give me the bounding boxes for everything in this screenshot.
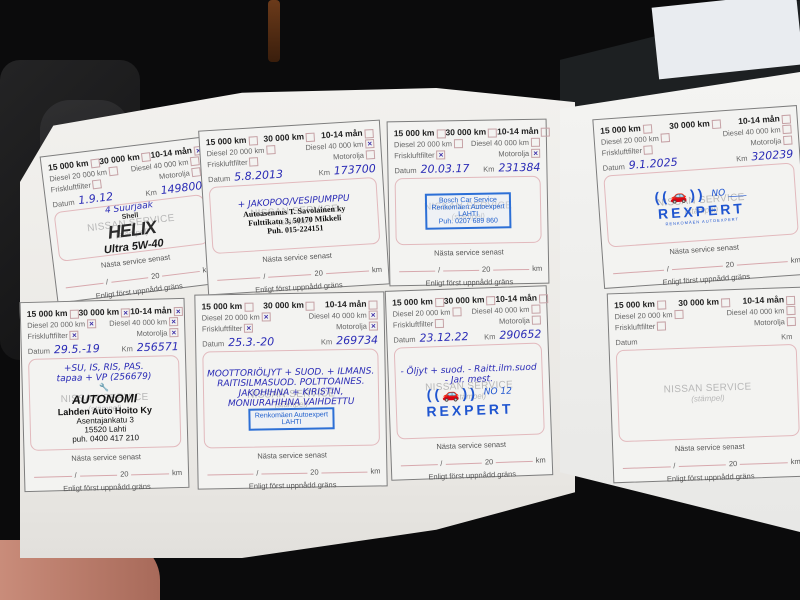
year-prefix: 20 — [314, 268, 323, 277]
date-blank-month[interactable] — [268, 273, 311, 278]
checkbox-air-filter[interactable] — [249, 157, 259, 167]
date-blank-month[interactable] — [443, 268, 479, 271]
date-value[interactable]: 5.8.2013 — [234, 169, 284, 183]
next-service-label: Nästa service senast — [619, 440, 800, 455]
label-10-14-months: 10-14 mån — [325, 299, 378, 310]
rexpert-logo: REXPERT — [426, 400, 514, 419]
label-diesel-40000: Diesel 40 000 km× — [109, 317, 178, 328]
service-record-card: 15 000 km30 000 km10-14 månDiesel 20 000… — [592, 105, 800, 289]
next-service-label: Nästa service senast — [396, 247, 542, 259]
date-blank-day[interactable] — [399, 269, 435, 272]
km-label: Km — [736, 154, 748, 164]
checkbox-diesel-20000[interactable] — [660, 133, 670, 143]
label-30000-km: 30 000 km — [263, 300, 315, 311]
stamp-overlay: MOOTTORIÖLJYT + SUOD. + ILMANS.RAITISILM… — [203, 349, 379, 447]
slash: / — [263, 272, 266, 281]
workshop-stamp: Renkomäen AutoexpertLAHTI — [249, 407, 335, 430]
year-prefix: 20 — [485, 457, 494, 466]
date-blank-day[interactable] — [623, 465, 671, 469]
checkbox-15000-km[interactable] — [435, 297, 444, 306]
checkbox-10-14-months[interactable]: × — [174, 307, 183, 316]
km-value[interactable]: 231384 — [498, 162, 540, 174]
checkbox-air-filter[interactable]: × — [244, 324, 253, 333]
km-label: Km — [145, 188, 157, 198]
slash: / — [673, 461, 675, 470]
date-label: Datum — [202, 339, 224, 348]
service-record-card: 15 000 km30 000 km×10-14 mån×Diesel 20 0… — [20, 298, 190, 492]
label-air-filter: Friskluftfilter — [393, 319, 445, 330]
date-blank-day[interactable] — [207, 472, 253, 475]
stamp-number: NO 12 — [484, 387, 512, 398]
km-blank[interactable] — [162, 269, 199, 276]
checkbox-diesel-40000[interactable] — [190, 156, 200, 166]
label-engine-oil: Motorolja — [754, 317, 796, 328]
km-value[interactable]: 256571 — [137, 341, 179, 353]
stamp-overlay: - Öljyt + suod. - Raitt.ilm.suod- Jar. m… — [395, 343, 544, 438]
stamp-area: NISSAN SERVICE(stämpel)((🚗))NO ____REXPE… — [603, 162, 799, 247]
date-blank-day[interactable] — [613, 268, 664, 274]
date-label: Datum — [208, 174, 231, 184]
workshop-stamp-line: Renkomäen Autoexpert — [431, 203, 504, 211]
date-label: Datum — [393, 335, 415, 345]
km-unit: km — [372, 265, 383, 275]
slash: / — [666, 264, 669, 273]
label-15000-km: 15 000 km — [614, 299, 666, 311]
stamp-area: NISSAN SERVICE(stämpel) — [616, 344, 800, 442]
date-blank-day[interactable] — [66, 281, 103, 288]
date-blank-month[interactable] — [261, 471, 307, 474]
label-diesel-20000: Diesel 20 000 km — [394, 139, 463, 150]
checkbox-10-14-months[interactable] — [541, 127, 550, 136]
label-30000-km: 30 000 km — [678, 297, 730, 309]
date-blank-month[interactable] — [445, 461, 482, 464]
year-prefix: 20 — [725, 260, 734, 270]
service-record-card: 15 000 km30 000 km10-14 månDiesel 20 000… — [194, 291, 387, 489]
km-value[interactable]: 269734 — [336, 334, 378, 346]
label-10-14-months: 10-14 mån — [497, 126, 550, 137]
checkbox-engine-oil[interactable] — [787, 317, 796, 326]
stamp-number: NO ____ — [711, 186, 746, 198]
km-value[interactable]: 290652 — [499, 328, 541, 340]
next-service-date-line: /20km — [204, 466, 380, 478]
service-record-card: 15 000 km30 000 km10-14 mån×Diesel 20 00… — [40, 136, 222, 303]
stamp-area: NISSAN SERVICE(stämpel)+ JAKOPOQ/VESIPUM… — [209, 177, 381, 254]
label-15000-km: 15 000 km — [394, 128, 446, 139]
spacer — [278, 347, 317, 348]
checkbox-air-filter[interactable] — [435, 319, 444, 328]
stamp-overlay: + JAKOPOQ/VESIPUMPPUAutoasennus T. Savol… — [210, 178, 380, 253]
checkbox-diesel-20000[interactable]: × — [262, 313, 271, 322]
label-30000-km: 30 000 km× — [78, 307, 130, 319]
km-unit: km — [370, 466, 380, 475]
next-service-date-line: /20km — [398, 455, 546, 469]
workshop-stamp-line: Renkomäen Autoexpert — [255, 411, 328, 419]
service-record-card: 15 000 km30 000 km10-14 månDiesel 20 000… — [385, 285, 554, 481]
date-value[interactable]: 9.1.2025 — [628, 157, 678, 171]
next-service-label: Nästa service senast — [204, 449, 380, 461]
checkbox-15000-km[interactable] — [90, 158, 100, 168]
date-blank-day[interactable] — [34, 474, 72, 477]
date-km-row: Datum25.3.-20Km269734 — [202, 331, 378, 348]
label-diesel-20000: Diesel 20 000 km× — [202, 312, 271, 323]
label-diesel-20000: Diesel 20 000 km× — [27, 319, 96, 330]
service-record-card: 15 000 km30 000 km10-14 månDiesel 20 000… — [387, 119, 550, 287]
date-blank-month[interactable] — [678, 463, 726, 467]
date-label: Datum — [28, 346, 50, 356]
spacer — [287, 178, 315, 180]
slash: / — [256, 469, 258, 478]
checkbox-15000-km[interactable] — [244, 302, 253, 311]
checkbox-engine-oil[interactable]: × — [169, 328, 178, 337]
stamp-overlay: Bosch Car ServiceRenkomäen AutoexpertLAH… — [396, 177, 541, 245]
date-blank-month[interactable] — [111, 276, 148, 283]
checkbox-engine-oil[interactable] — [366, 150, 376, 160]
km-value[interactable]: 173700 — [334, 163, 377, 177]
checkbox-30000-km[interactable] — [488, 128, 497, 137]
label-air-filter: Friskluftfilter× — [202, 323, 254, 333]
label-10-14-months: 10-14 mån× — [130, 305, 183, 317]
checkbox-10-14-months[interactable] — [786, 296, 795, 305]
workshop-stamp-line: Puh. 0207 689 860 — [432, 217, 505, 225]
checkbox-10-14-months[interactable] — [539, 294, 548, 303]
checkbox-diesel-20000[interactable]: × — [87, 319, 96, 328]
checkbox-15000-km[interactable] — [436, 129, 445, 138]
checkbox-diesel-20000[interactable] — [674, 310, 683, 319]
checkbox-30000-km[interactable] — [486, 296, 495, 305]
km-blank[interactable] — [496, 459, 533, 462]
label-10-14-months: 10-14 mån — [742, 294, 795, 306]
km-label: Km — [484, 332, 496, 341]
label-15000-km: 15 000 km — [392, 296, 444, 308]
date-label: Datum — [602, 162, 625, 173]
km-value[interactable]: 320239 — [751, 148, 794, 162]
checkbox-engine-oil[interactable] — [783, 136, 793, 146]
next-service-label: Nästa service senast — [397, 438, 545, 452]
next-service-date-line: /20km — [31, 468, 182, 481]
year-prefix: 20 — [120, 469, 129, 478]
checkbox-15000-km[interactable] — [642, 124, 652, 134]
slash: / — [440, 459, 442, 468]
label-air-filter: Friskluftfilter — [615, 321, 667, 332]
checkbox-diesel-40000[interactable]: × — [169, 317, 178, 326]
km-blank[interactable] — [740, 461, 788, 465]
wrench-icon: 🔧 — [99, 383, 109, 392]
date-km-row: Datum29.5.-19Km256571 — [28, 338, 179, 356]
label-30000-km: 30 000 km — [444, 294, 496, 306]
checkbox-engine-oil[interactable] — [532, 316, 541, 325]
label-15000-km: 15 000 km — [201, 301, 253, 312]
label-engine-oil: Motorolja× — [336, 321, 378, 331]
date-value[interactable]: 23.12.22 — [419, 331, 468, 344]
checkbox-10-14-months[interactable] — [781, 114, 791, 124]
km-blank[interactable] — [132, 472, 170, 475]
checkbox-air-filter[interactable] — [657, 322, 666, 331]
service-record-card: 15 000 km30 000 km10-14 månDiesel 20 000… — [198, 120, 390, 296]
km-unit: km — [536, 455, 546, 464]
km-blank[interactable] — [737, 260, 788, 266]
year-prefix: 20 — [151, 271, 160, 281]
checkbox-10-14-months[interactable] — [364, 129, 374, 139]
stamp-area: NISSAN SERVICE(stämpel)+SU, IS, RIS, PAS… — [28, 355, 181, 451]
stamp-area: NISSAN SERVICE(stämpel)MOOTTORIÖLJYT + S… — [202, 348, 380, 448]
checkbox-diesel-40000[interactable]: × — [365, 139, 375, 149]
next-service-date-line: /20km — [396, 264, 542, 276]
checkbox-15000-km[interactable] — [69, 309, 78, 318]
label-air-filter: Friskluftfilter× — [27, 330, 79, 341]
km-blank[interactable] — [493, 267, 529, 270]
label-engine-oil: Motorolja× — [498, 148, 540, 158]
label-engine-oil: Motorolja — [499, 315, 541, 326]
checkbox-diesel-40000[interactable] — [531, 305, 540, 314]
checkbox-10-14-months[interactable] — [368, 300, 377, 309]
km-unit: km — [791, 457, 800, 466]
checkbox-diesel-20000[interactable] — [454, 139, 463, 148]
year-prefix: 20 — [482, 265, 490, 274]
km-label: Km — [781, 332, 793, 341]
slash: / — [438, 265, 440, 274]
km-label: Km — [318, 168, 330, 178]
km-label: Km — [121, 344, 132, 353]
checkbox-air-filter[interactable]: × — [437, 151, 446, 160]
checkbox-diesel-20000[interactable] — [452, 307, 461, 316]
checkbox-30000-km[interactable]: × — [121, 308, 130, 317]
date-label: Datum — [394, 166, 416, 175]
workshop-stamp-line: puh. 0400 417 210 — [72, 433, 139, 444]
car-wrench-icon: ((🚗)) — [426, 384, 478, 403]
checkbox-30000-km[interactable] — [306, 301, 315, 310]
next-service-label: Nästa service senast — [31, 451, 182, 464]
slash: / — [74, 471, 76, 480]
km-unit: km — [172, 468, 182, 477]
checkbox-engine-oil[interactable]: × — [369, 322, 378, 331]
date-km-row: Datum20.03.17Km231384 — [394, 159, 540, 176]
date-blank-month[interactable] — [672, 264, 723, 270]
checkbox-diesel-40000[interactable] — [786, 306, 795, 315]
km-blank[interactable] — [322, 470, 368, 473]
label-10-14-months: 10-14 mån — [495, 293, 548, 305]
date-label: Datum — [615, 337, 637, 347]
checkbox-air-filter[interactable] — [644, 145, 654, 155]
date-blank-day[interactable] — [217, 276, 260, 281]
date-blank-day[interactable] — [401, 463, 438, 466]
checkbox-15000-km[interactable] — [248, 136, 258, 146]
km-value[interactable]: 149800 — [160, 180, 203, 196]
checkbox-diesel-20000[interactable] — [266, 145, 276, 155]
km-label: Km — [321, 337, 332, 346]
stamp-overlay — [617, 345, 799, 441]
checkbox-30000-km[interactable] — [306, 132, 316, 142]
date-value[interactable]: 1.9.12 — [78, 191, 114, 206]
checkbox-diesel-40000[interactable] — [531, 138, 540, 147]
door-handle — [268, 0, 280, 62]
date-value[interactable]: 29.5.-19 — [54, 343, 100, 355]
year-prefix: 20 — [310, 468, 318, 477]
date-value[interactable]: 25.3.-20 — [228, 336, 274, 348]
slash: / — [105, 277, 108, 286]
label-15000-km: 15 000 km — [27, 308, 79, 320]
label-diesel-40000: Diesel 40 000 km× — [309, 310, 378, 321]
date-blank-month[interactable] — [80, 473, 118, 476]
workshop-stamp: Autoasennus T. Savolainen kyFulttikatu 3… — [243, 204, 347, 237]
checkbox-30000-km[interactable] — [141, 152, 151, 162]
checkbox-diesel-40000[interactable] — [782, 125, 792, 135]
workshop-stamp-line: LAHTI — [255, 418, 328, 426]
year-prefix: 20 — [729, 459, 738, 468]
checkbox-diesel-20000[interactable] — [108, 166, 118, 176]
label-engine-oil: Motorolja× — [136, 328, 178, 339]
km-blank[interactable] — [326, 269, 369, 274]
checkbox-diesel-40000[interactable]: × — [369, 311, 378, 320]
checkbox-30000-km[interactable] — [721, 298, 730, 307]
label-30000-km: 30 000 km — [445, 127, 497, 138]
checkbox-30000-km[interactable] — [711, 119, 721, 129]
stamp-overlay: ((🚗))NO ____REXPERTRENKOMÄEN AUTOEXPERT — [604, 163, 797, 246]
stamp-overlay: +SU, IS, RIS, PAS.tapaa + VP (256679)🔧AU… — [29, 356, 180, 450]
km-unit: km — [532, 264, 542, 273]
service-record-card: 15 000 km30 000 km10-14 månDiesel 20 000… — [607, 287, 800, 484]
checkbox-air-filter[interactable]: × — [70, 331, 79, 340]
checkbox-engine-oil[interactable]: × — [531, 149, 540, 158]
stamp-area: NISSAN SERVICE(stämpel)Bosch Car Service… — [395, 176, 542, 246]
km-label: Km — [483, 165, 494, 174]
km-unit: km — [790, 255, 800, 265]
date-value[interactable]: 20.03.17 — [420, 163, 469, 175]
date-label: Datum — [52, 198, 75, 210]
label-diesel-40000: Diesel 40 000 km — [471, 137, 540, 148]
workshop-stamp: Bosch Car ServiceRenkomäen AutoexpertLAH… — [425, 192, 511, 229]
checkbox-air-filter[interactable] — [92, 180, 102, 190]
checkbox-15000-km[interactable] — [657, 300, 666, 309]
label-air-filter: Friskluftfilter× — [394, 150, 446, 160]
stamp-area: NISSAN SERVICE(stämpel)- Öljyt + suod. -… — [394, 342, 545, 439]
